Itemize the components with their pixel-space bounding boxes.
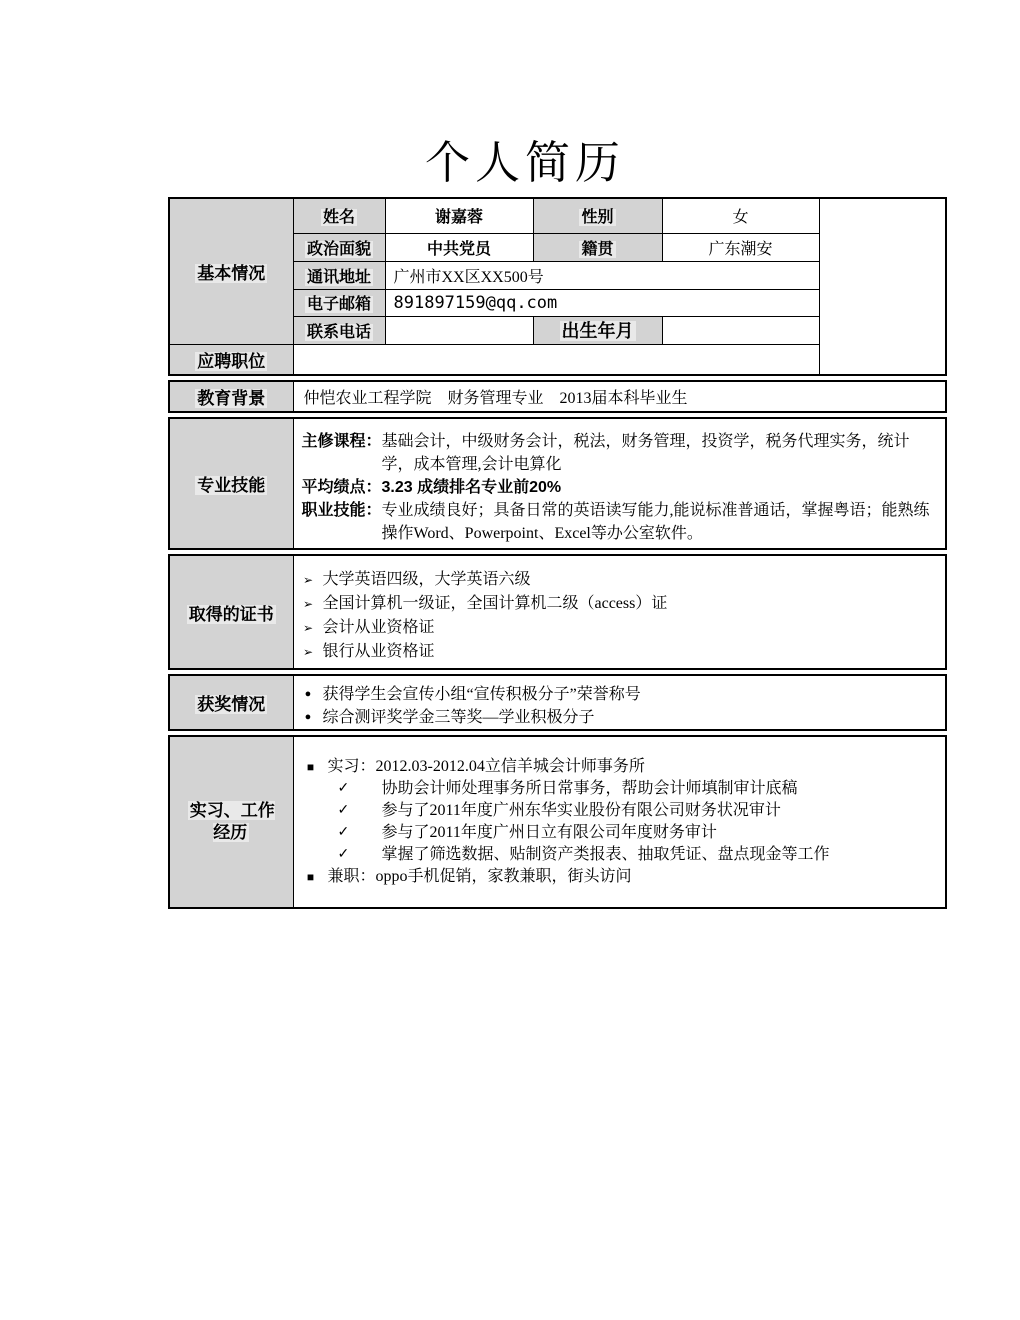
gender-value: 女 [662, 198, 819, 233]
dot-bullet-icon: ● [294, 706, 323, 729]
arrow-bullet-icon: ➢ [294, 640, 323, 664]
address-label-cell: 通讯地址 [293, 261, 385, 289]
page-title: 个人简历 [0, 126, 1020, 191]
list-item: ➢大学英语四级，大学英语六级 [294, 568, 940, 592]
name-label-cell: 姓名 [293, 198, 385, 233]
check-bullet-icon: ✓ [328, 822, 382, 844]
list-item: ●获得学生会宣传小组“宣传积极分子”荣誉称号 [294, 683, 940, 706]
basic-section-label-cell: 基本情况 [169, 198, 293, 344]
certificates-table: 取得的证书 ➢大学英语四级，大学英语六级 ➢全国计算机一级证，全国计算机二级（a… [168, 554, 947, 670]
list-item: ➢会计从业资格证 [294, 616, 940, 640]
position-label-cell: 应聘职位 [169, 344, 293, 375]
phone-label-cell: 联系电话 [293, 316, 385, 344]
education-table: 教育背景 仲恺农业工程学院 财务管理专业 2013届本科毕业生 [168, 380, 947, 413]
arrow-bullet-icon: ➢ [294, 568, 323, 592]
square-bullet-icon: ■ [294, 866, 328, 888]
arrow-bullet-icon: ➢ [294, 592, 323, 616]
awards-content: ●获得学生会宣传小组“宣传积极分子”荣誉称号 ●综合测评奖学金三等奖—学业积极分… [293, 675, 946, 730]
skills-content: 主修课程：基础会计，中级财务会计，税法，财务管理，投资学，税务代理实务，统计学，… [293, 418, 946, 549]
political-label-cell: 政治面貌 [293, 233, 385, 261]
check-bullet-icon: ✓ [328, 800, 382, 822]
political-value: 中共党员 [385, 233, 533, 261]
birth-value [662, 316, 819, 344]
experience-detail: ✓掌握了筛选数据、贴制资产类报表、抽取凭证、盘点现金等工作 [294, 844, 940, 866]
list-item: ➢银行从业资格证 [294, 640, 940, 664]
education-value: 仲恺农业工程学院 财务管理专业 2013届本科毕业生 [293, 381, 946, 412]
basic-info-table: 基本情况 姓名 谢嘉蓉 性别 女 政治面貌 中共党员 籍贯 广东潮安 通讯地址 … [168, 197, 947, 376]
experience-detail: ✓参与了2011年度广州东华实业股份有限公司财务状况审计 [294, 800, 940, 822]
skills-label-cell: 专业技能 [169, 418, 293, 549]
email-value: 891897159@qq.com [385, 289, 819, 316]
experience-detail: ✓协助会计师处理事务所日常事务，帮助会计师填制审计底稿 [294, 778, 940, 800]
experience-table: 实习、工作经历 ■实习：2012.03-2012.04立信羊城会计师事务所 ✓协… [168, 735, 947, 909]
certificates-content: ➢大学英语四级，大学英语六级 ➢全国计算机一级证，全国计算机二级（access）… [293, 555, 946, 669]
awards-label-cell: 获奖情况 [169, 675, 293, 730]
phone-value [385, 316, 533, 344]
address-value: 广州市XX区XX500号 [385, 261, 819, 289]
skills-table: 专业技能 主修课程：基础会计，中级财务会计，税法，财务管理，投资学，税务代理实务… [168, 417, 947, 550]
list-item: ●综合测评奖学金三等奖—学业积极分子 [294, 706, 940, 729]
awards-table: 获奖情况 ●获得学生会宣传小组“宣传积极分子”荣誉称号 ●综合测评奖学金三等奖—… [168, 674, 947, 731]
check-bullet-icon: ✓ [328, 844, 382, 866]
name-value: 谢嘉蓉 [385, 198, 533, 233]
hometown-value: 广东潮安 [662, 233, 819, 261]
gender-label-cell: 性别 [533, 198, 662, 233]
experience-group-title: ■实习：2012.03-2012.04立信羊城会计师事务所 [294, 756, 940, 778]
skills-item: 职业技能：专业成绩良好；具备日常的英语读写能力,能说标准普通话，掌握粤语；能熟练… [302, 499, 940, 545]
resume-table: 基本情况 姓名 谢嘉蓉 性别 女 政治面貌 中共党员 籍贯 广东潮安 通讯地址 … [168, 197, 945, 913]
birth-label-cell: 出生年月 [533, 316, 662, 344]
basic-section-label: 基本情况 [195, 264, 267, 283]
education-label-cell: 教育背景 [169, 381, 293, 412]
experience-content: ■实习：2012.03-2012.04立信羊城会计师事务所 ✓协助会计师处理事务… [293, 736, 946, 908]
arrow-bullet-icon: ➢ [294, 616, 323, 640]
experience-group-title: ■兼职：oppo手机促销，家教兼职，街头访问 [294, 866, 940, 888]
certificates-label-cell: 取得的证书 [169, 555, 293, 669]
photo-cell [819, 198, 946, 375]
position-value [293, 344, 819, 375]
experience-label-cell: 实习、工作经历 [169, 736, 293, 908]
dot-bullet-icon: ● [294, 683, 323, 706]
skills-item: 主修课程：基础会计，中级财务会计，税法，财务管理，投资学，税务代理实务，统计学，… [302, 430, 940, 476]
list-item: ➢全国计算机一级证，全国计算机二级（access）证 [294, 592, 940, 616]
skills-item: 平均绩点：3.23 成绩排名专业前20% [302, 476, 940, 499]
hometown-label-cell: 籍贯 [533, 233, 662, 261]
email-label-cell: 电子邮箱 [293, 289, 385, 316]
square-bullet-icon: ■ [294, 756, 328, 778]
experience-detail: ✓参与了2011年度广州日立有限公司年度财务审计 [294, 822, 940, 844]
check-bullet-icon: ✓ [328, 778, 382, 800]
